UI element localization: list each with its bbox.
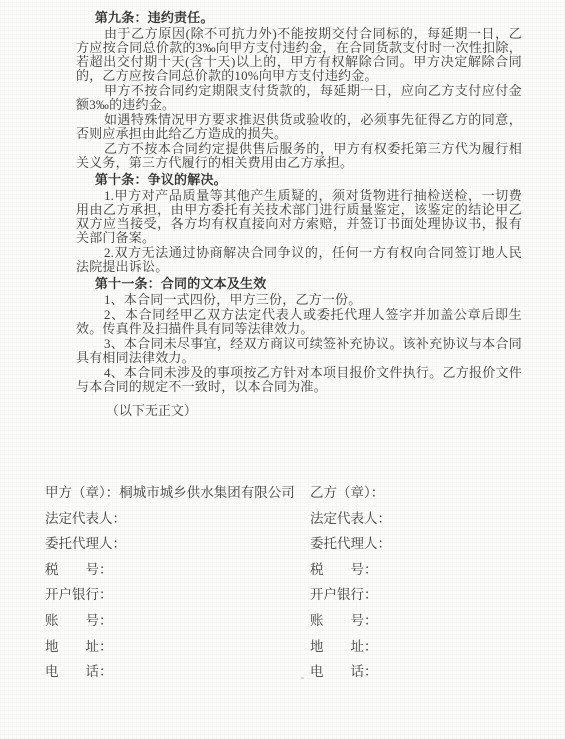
clause-paragraph: 1.甲方对产品质量等其他产生质疑的，须对货物进行抽检送检，一切费用由乙方承担，由… bbox=[76, 189, 522, 245]
clause-paragraph: 3、本合同未尽事宜，经双方商议可续签补充协议。该补充协议与本合同具有相同法律效力… bbox=[76, 337, 522, 365]
party-b-field-label: 开户银行： bbox=[310, 583, 550, 603]
party-a-field-label: 账 号： bbox=[45, 609, 310, 629]
party-a-field-label: 地 址： bbox=[45, 635, 310, 655]
party-a-field-label: 委托代理人： bbox=[45, 532, 310, 552]
party-b-field-label: 地 址： bbox=[310, 635, 550, 655]
signature-row: 税 号：税 号： bbox=[45, 558, 550, 584]
party-b-field-label: 税 号： bbox=[310, 558, 550, 578]
party-b-field-label: 委托代理人： bbox=[310, 532, 550, 552]
party-b-field-label: 法定代表人： bbox=[310, 507, 550, 527]
signature-row: 开户银行：开户银行： bbox=[45, 583, 550, 609]
signature-row: 地 址：地 址： bbox=[45, 635, 550, 661]
party-a-company-name: 桐城市城乡供水集团有限公司 bbox=[119, 485, 295, 500]
party-a-field-label: 电 话： bbox=[45, 660, 310, 680]
clause-paragraph: 由于乙方原因(除不可抗力外)不能按期交付合同标的，每延期一日，乙方应按合同总价款… bbox=[76, 27, 522, 83]
party-a-field-label: 法定代表人： bbox=[45, 507, 310, 527]
party-a-field-label: 开户银行： bbox=[45, 583, 310, 603]
clause-heading: 第十条：争议的解决。 bbox=[76, 173, 522, 187]
clause-heading: 第九条：违约责任。 bbox=[76, 11, 522, 25]
clause-paragraph: 1、本合同一式四份，甲方三份，乙方一份。 bbox=[76, 293, 522, 307]
party-a-field-label: 税 号： bbox=[45, 558, 310, 578]
signature-row: 电 话：电 话： bbox=[45, 660, 550, 686]
signature-row: 委托代理人：委托代理人： bbox=[45, 532, 550, 558]
end-of-text-note: （以下无正文） bbox=[76, 400, 522, 419]
signature-row: 法定代表人：法定代表人： bbox=[45, 507, 550, 533]
clause-paragraph: 甲方不按合同约定期限支付货款的，每延期一日，应向乙方支付应付金额3‰的违约金。 bbox=[76, 84, 522, 112]
clause-paragraph: 如遇特殊情况甲方要求推迟供货或验收的，必须事先征得乙方的同意，否则应承担由此给乙… bbox=[76, 113, 522, 141]
clause-paragraph: 2、本合同经甲乙双方法定代表人或委托代理人签字并加盖公章后即生效。传真件及扫描件… bbox=[76, 308, 522, 336]
signature-row: 账 号：账 号： bbox=[45, 609, 550, 635]
scan-speck bbox=[301, 677, 304, 679]
party-a-seal-label: 甲方（章）： bbox=[45, 485, 119, 500]
party-a-seal-line: 甲方（章）：桐城市城乡供水集团有限公司 bbox=[45, 481, 310, 501]
party-b-field-label: 电 话： bbox=[310, 660, 550, 680]
clause-heading: 第十一条：合同的文本及生效 bbox=[76, 277, 522, 291]
clause-paragraph: 4、本合同未涉及的事项按乙方针对本项目报价文件执行。乙方报价文件与本合同的规定不… bbox=[76, 366, 522, 394]
party-b-seal-label: 乙方（章）： bbox=[310, 481, 550, 501]
signature-block: 甲方（章）：桐城市城乡供水集团有限公司乙方（章）：法定代表人：法定代表人：委托代… bbox=[45, 481, 550, 686]
contract-page: 第九条：违约责任。由于乙方原因(除不可抗力外)不能按期交付合同标的，每延期一日，… bbox=[0, 0, 565, 739]
party-b-field-label: 账 号： bbox=[310, 609, 550, 629]
signature-row: 甲方（章）：桐城市城乡供水集团有限公司乙方（章）： bbox=[45, 481, 550, 507]
clause-paragraph: 2.双方无法通过协商解决合同争议的，任何一方有权向合同签订地人民法院提出诉讼。 bbox=[76, 246, 522, 274]
clause-paragraph: 乙方不按本合同约定提供售后服务的，甲方有权委托第三方代为履行相关义务，第三方代履… bbox=[76, 142, 522, 170]
contract-body: 第九条：违约责任。由于乙方原因(除不可抗力外)不能按期交付合同标的，每延期一日，… bbox=[76, 8, 522, 395]
